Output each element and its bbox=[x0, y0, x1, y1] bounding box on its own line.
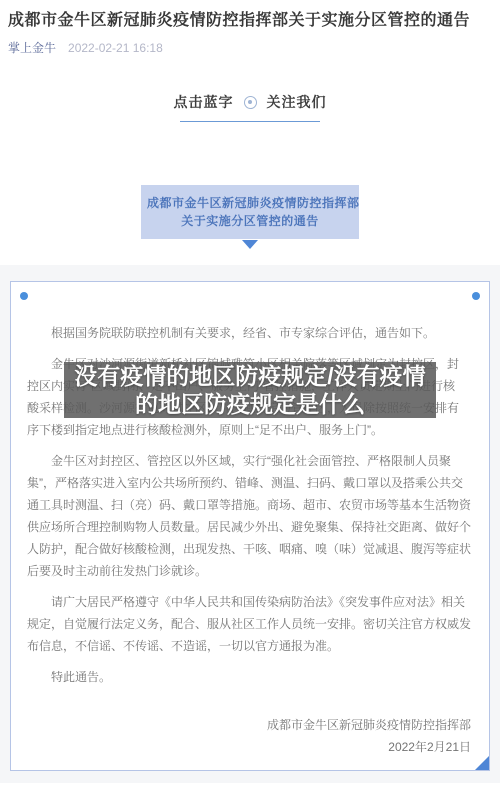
caption-overlay: 没有疫情的地区防疫规定/没有疫情 的地区防疫规定是什么 bbox=[64, 362, 436, 418]
notice-banner: 成都市金牛区新冠肺炎疫情防控指挥部 关于实施分区管控的通告 bbox=[141, 185, 359, 239]
corner-dot-icon bbox=[20, 292, 28, 300]
follow-bar[interactable]: 点击蓝字 关注我们 bbox=[174, 92, 327, 112]
article-header: 成都市金牛区新冠肺炎疫情防控指挥部关于实施分区管控的通告 掌上金牛 2022-0… bbox=[0, 0, 500, 265]
corner-fold-icon bbox=[475, 756, 489, 770]
follow-bar-right-label: 关注我们 bbox=[267, 92, 327, 112]
corner-dot-icon bbox=[472, 292, 480, 300]
page-title: 成都市金牛区新冠肺炎疫情防控指挥部关于实施分区管控的通告 bbox=[8, 10, 492, 32]
notice-paragraph-4: 请广大居民严格遵守《中华人民共和国传染病防治法》《突发事件应对法》相关 规定，自… bbox=[27, 591, 473, 657]
banner-wrap: 成都市金牛区新冠肺炎疫情防控指挥部 关于实施分区管控的通告 bbox=[8, 185, 492, 265]
follow-underline-divider bbox=[180, 121, 320, 122]
signature-org: 成都市金牛区新冠肺炎疫情防控指挥部 bbox=[27, 714, 471, 736]
caption-overlay-text: 没有疫情的地区防疫规定/没有疫情 的地区防疫规定是什么 bbox=[74, 362, 425, 418]
banner-line-1: 成都市金牛区新冠肺炎疫情防控指挥部 bbox=[147, 194, 353, 212]
banner-line-2: 关于实施分区管控的通告 bbox=[147, 212, 353, 230]
target-circle-icon bbox=[244, 96, 257, 109]
publish-timestamp: 2022-02-21 16:18 bbox=[68, 41, 163, 55]
follow-bar-left-label: 点击蓝字 bbox=[174, 92, 234, 112]
byline: 掌上金牛 2022-02-21 16:18 bbox=[8, 39, 492, 56]
account-name-link[interactable]: 掌上金牛 bbox=[8, 39, 56, 56]
notice-section: 根据国务院联防联控机制有关要求，经省、市专家综合评估，通告如下。 金牛区对沙河源… bbox=[0, 265, 500, 783]
notice-box: 根据国务院联防联控机制有关要求，经省、市专家综合评估，通告如下。 金牛区对沙河源… bbox=[10, 281, 490, 771]
signature-date: 2022年2月21日 bbox=[27, 736, 471, 758]
notice-paragraph-5: 特此通告。 bbox=[27, 666, 473, 688]
notice-paragraph-1: 根据国务院联防联控机制有关要求，经省、市专家综合评估，通告如下。 bbox=[27, 322, 473, 344]
follow-bar-wrap: 点击蓝字 关注我们 bbox=[8, 92, 492, 122]
notice-paragraph-3: 金牛区对封控区、管控区以外区域，实行“强化社会面管控、严格限制人员聚 集”，严格… bbox=[27, 450, 473, 582]
chevron-down-icon bbox=[242, 240, 258, 249]
signature-block: 成都市金牛区新冠肺炎疫情防控指挥部 2022年2月21日 bbox=[27, 714, 473, 758]
article-page: 成都市金牛区新冠肺炎疫情防控指挥部关于实施分区管控的通告 掌上金牛 2022-0… bbox=[0, 0, 500, 789]
